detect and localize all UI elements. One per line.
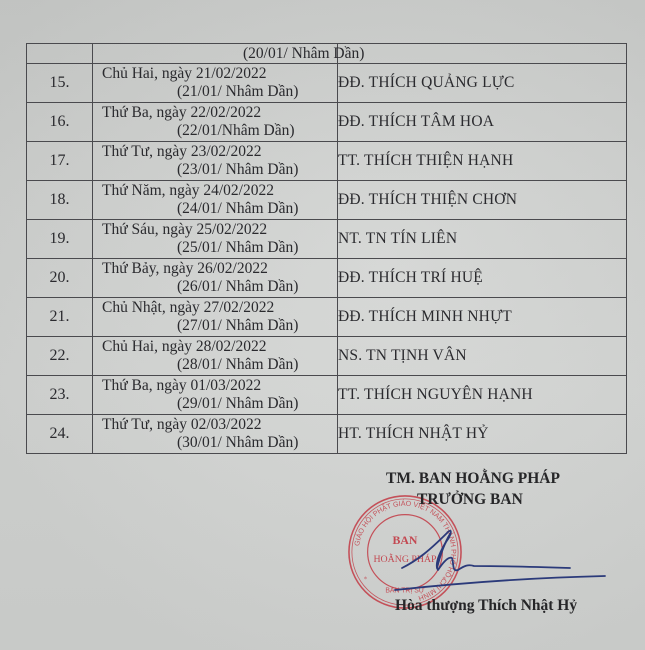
svg-text:*: * (364, 577, 368, 584)
row-number: 24. (27, 415, 93, 454)
solar-date: Chủ Hai, ngày 28/02/2022 (93, 338, 337, 356)
date-cell: Chủ Nhật, ngày 27/02/2022(27/01/ Nhâm Dầ… (93, 298, 338, 337)
date-cell: (20/01/ Nhâm Dần) (93, 44, 338, 64)
table-row: 17.Thứ Tư, ngày 23/02/2022(23/01/ Nhâm D… (27, 142, 627, 181)
lecture-schedule-table: (20/01/ Nhâm Dần) 15.Chủ Hai, ngày 21/02… (26, 43, 627, 454)
date-cell: Thứ Tư, ngày 02/03/2022(30/01/ Nhâm Dần) (93, 415, 338, 454)
row-number: 17. (27, 142, 93, 181)
row-number: 19. (27, 220, 93, 259)
lunar-date: (21/01/ Nhâm Dần) (93, 83, 337, 101)
table-row: 23.Thứ Ba, ngày 01/03/2022(29/01/ Nhâm D… (27, 376, 627, 415)
lunar-date: (25/01/ Nhâm Dần) (93, 239, 337, 257)
date-cell: Thứ Bảy, ngày 26/02/2022(26/01/ Nhâm Dần… (93, 259, 338, 298)
table-row: 24.Thứ Tư, ngày 02/03/2022(30/01/ Nhâm D… (27, 415, 627, 454)
lunar-date: (27/01/ Nhâm Dần) (93, 317, 337, 335)
table-row: 20.Thứ Bảy, ngày 26/02/2022(26/01/ Nhâm … (27, 259, 627, 298)
lunar-date: (23/01/ Nhâm Dần) (93, 161, 337, 179)
date-cell: Chủ Hai, ngày 28/02/2022(28/01/ Nhâm Dần… (93, 337, 338, 376)
speaker-name: TT. THÍCH NGUYÊN HẠNH (338, 376, 627, 415)
lunar-date: (20/01/ Nhâm Dần) (93, 45, 337, 63)
table-row: 21.Chủ Nhật, ngày 27/02/2022(27/01/ Nhâm… (27, 298, 627, 337)
table-row: 19.Thứ Sáu, ngày 25/02/2022(25/01/ Nhâm … (27, 220, 627, 259)
speaker-name: ĐĐ. THÍCH TRÍ HUỆ (338, 259, 627, 298)
row-number: 18. (27, 181, 93, 220)
speaker-name: NS. TN TỊNH VÂN (338, 337, 627, 376)
solar-date: Thứ Năm, ngày 24/02/2022 (93, 182, 337, 200)
lunar-date: (28/01/ Nhâm Dần) (93, 356, 337, 374)
speaker-cell (338, 44, 627, 64)
table-row: 18.Thứ Năm, ngày 24/02/2022(24/01/ Nhâm … (27, 181, 627, 220)
row-number: 15. (27, 64, 93, 103)
speaker-name: ĐĐ. THÍCH TÂM HOA (338, 103, 627, 142)
solar-date: Thứ Tư, ngày 23/02/2022 (93, 143, 337, 161)
date-cell: Thứ Ba, ngày 22/02/2022(22/01/Nhâm Dần) (93, 103, 338, 142)
lunar-date: (24/01/ Nhâm Dần) (93, 200, 337, 218)
row-number: 22. (27, 337, 93, 376)
row-number: 21. (27, 298, 93, 337)
organization-title: TM. BAN HOẰNG PHÁP (386, 470, 560, 488)
speaker-name: ĐĐ. THÍCH QUẢNG LỰC (338, 64, 627, 103)
date-cell: Thứ Năm, ngày 24/02/2022(24/01/ Nhâm Dần… (93, 181, 338, 220)
solar-date: Thứ Bảy, ngày 26/02/2022 (93, 260, 337, 278)
speaker-name: TT. THÍCH THIỆN HẠNH (338, 142, 627, 181)
table-row-continuation: (20/01/ Nhâm Dần) (27, 44, 627, 64)
date-cell: Thứ Tư, ngày 23/02/2022(23/01/ Nhâm Dần) (93, 142, 338, 181)
solar-date: Thứ Tư, ngày 02/03/2022 (93, 416, 337, 434)
solar-date: Thứ Ba, ngày 01/03/2022 (93, 377, 337, 395)
solar-date: Thứ Sáu, ngày 25/02/2022 (93, 221, 337, 239)
date-cell: Thứ Ba, ngày 01/03/2022(29/01/ Nhâm Dần) (93, 376, 338, 415)
solar-date: Chủ Nhật, ngày 27/02/2022 (93, 299, 337, 317)
lunar-date: (29/01/ Nhâm Dần) (93, 395, 337, 413)
row-number: 20. (27, 259, 93, 298)
date-cell: Chủ Hai, ngày 21/02/2022(21/01/ Nhâm Dần… (93, 64, 338, 103)
speaker-name: ĐĐ. THÍCH MINH NHỰT (338, 298, 627, 337)
lunar-date: (26/01/ Nhâm Dần) (93, 278, 337, 296)
speaker-name: HT. THÍCH NHẬT HỶ (338, 415, 627, 454)
row-number: 23. (27, 376, 93, 415)
lunar-date: (22/01/Nhâm Dần) (93, 122, 337, 140)
row-number: 16. (27, 103, 93, 142)
table-row: 15.Chủ Hai, ngày 21/02/2022(21/01/ Nhâm … (27, 64, 627, 103)
number-cell (27, 44, 93, 64)
speaker-name: NT. TN TÍN LIÊN (338, 220, 627, 259)
solar-date: Thứ Ba, ngày 22/02/2022 (93, 104, 337, 122)
speaker-name: ĐĐ. THÍCH THIỆN CHƠN (338, 181, 627, 220)
table-row: 22.Chủ Hai, ngày 28/02/2022(28/01/ Nhâm … (27, 337, 627, 376)
solar-date: Chủ Hai, ngày 21/02/2022 (93, 65, 337, 83)
table-row: 16.Thứ Ba, ngày 22/02/2022(22/01/Nhâm Dầ… (27, 103, 627, 142)
handwritten-signature-icon (390, 520, 630, 600)
date-cell: Thứ Sáu, ngày 25/02/2022(25/01/ Nhâm Dần… (93, 220, 338, 259)
lunar-date: (30/01/ Nhâm Dần) (93, 434, 337, 452)
position-title: TRƯỞNG BAN (417, 491, 523, 509)
